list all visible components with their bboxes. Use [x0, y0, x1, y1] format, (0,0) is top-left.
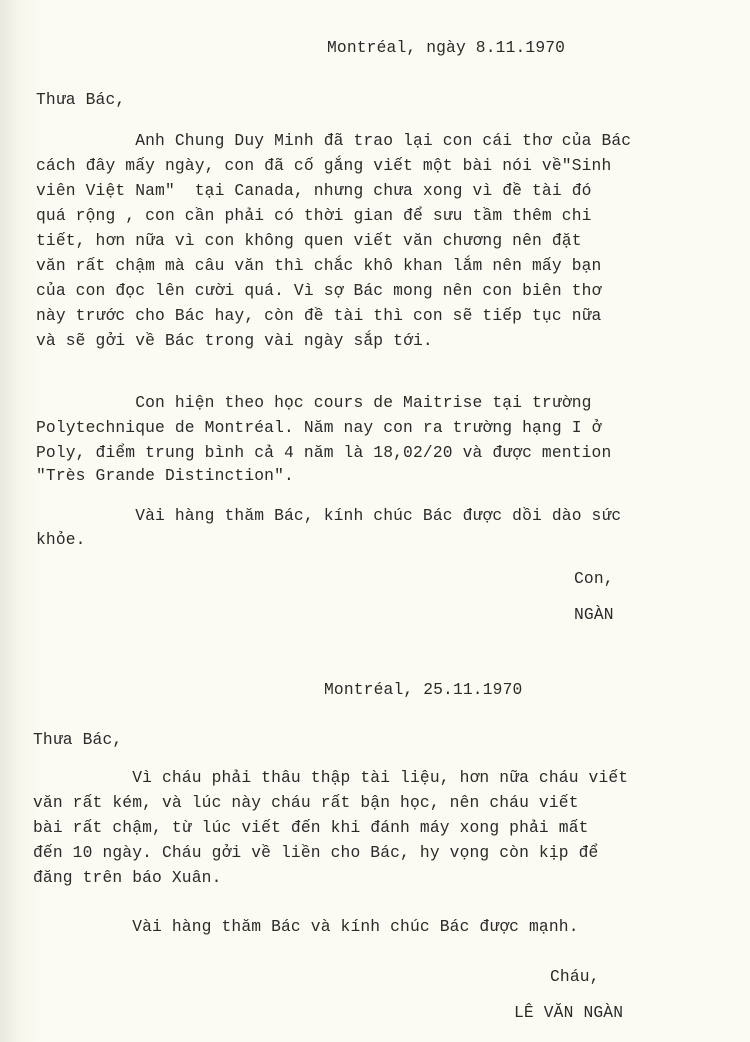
letter1-p1-line: văn rất chậm mà câu văn thì chắc khô kha…	[36, 256, 601, 276]
letter1-date: Montréal, ngày 8.11.1970	[327, 38, 565, 58]
letter2-signature: LÊ VĂN NGÀN	[514, 1003, 623, 1023]
letter2-p1-line: đến 10 ngày. Cháu gởi về liền cho Bác, h…	[33, 843, 598, 863]
letter1-p1-line: cách đây mấy ngày, con đã cố gắng viết m…	[36, 156, 611, 176]
letter1-p2-line: Poly, điểm trung bình cả 4 năm là 18,02/…	[36, 443, 611, 463]
letter2-p2-line: Vài hàng thăm Bác và kính chúc Bác được …	[33, 917, 579, 937]
letter2-p1-line: văn rất kém, và lúc này cháu rất bận học…	[33, 793, 579, 813]
letter1-p3-line: Vài hàng thăm Bác, kính chúc Bác được dồ…	[36, 506, 621, 526]
letter1-p3-line: khỏe.	[36, 530, 86, 550]
letter1-p1-line: viên Việt Nam" tại Canada, nhưng chưa xo…	[36, 181, 592, 201]
letter2-date: Montréal, 25.11.1970	[324, 680, 522, 700]
letter1-p1-line: Anh Chung Duy Minh đã trao lại con cái t…	[36, 131, 631, 151]
letter2-p1-line: Vì cháu phải thâu thập tài liệu, hơn nữa…	[33, 768, 628, 788]
letter2-closing: Cháu,	[550, 967, 600, 987]
letter1-p2-line: Con hiện theo học cours de Maitrise tại …	[36, 393, 592, 413]
letter1-signature: NGÀN	[574, 605, 614, 625]
letter1-salutation: Thưa Bác,	[36, 90, 125, 110]
letter1-p1-line: của con đọc lên cười quá. Vì sợ Bác mong…	[36, 281, 601, 301]
letter1-p1-line: này trước cho Bác hay, còn đề tài thì co…	[36, 306, 601, 326]
letter1-p2-line: "Très Grande Distinction".	[36, 466, 294, 486]
letter2-salutation: Thưa Bác,	[33, 730, 122, 750]
typed-letter-page: Montréal, ngày 8.11.1970 Thưa Bác, Anh C…	[0, 0, 750, 1042]
letter1-p2-line: Polytechnique de Montréal. Năm nay con r…	[36, 418, 601, 438]
letter2-p1-line: bài rất chậm, từ lúc viết đến khi đánh m…	[33, 818, 589, 838]
letter1-p1-line: tiết, hơn nữa vì con không quen viết văn…	[36, 231, 582, 251]
letter1-closing: Con,	[574, 569, 614, 589]
letter2-p1-line: đăng trên báo Xuân.	[33, 868, 222, 888]
letter1-p1-line: quá rộng , con cần phải có thời gian để …	[36, 206, 592, 226]
letter1-p1-line: và sẽ gởi về Bác trong vài ngày sắp tới.	[36, 331, 433, 351]
